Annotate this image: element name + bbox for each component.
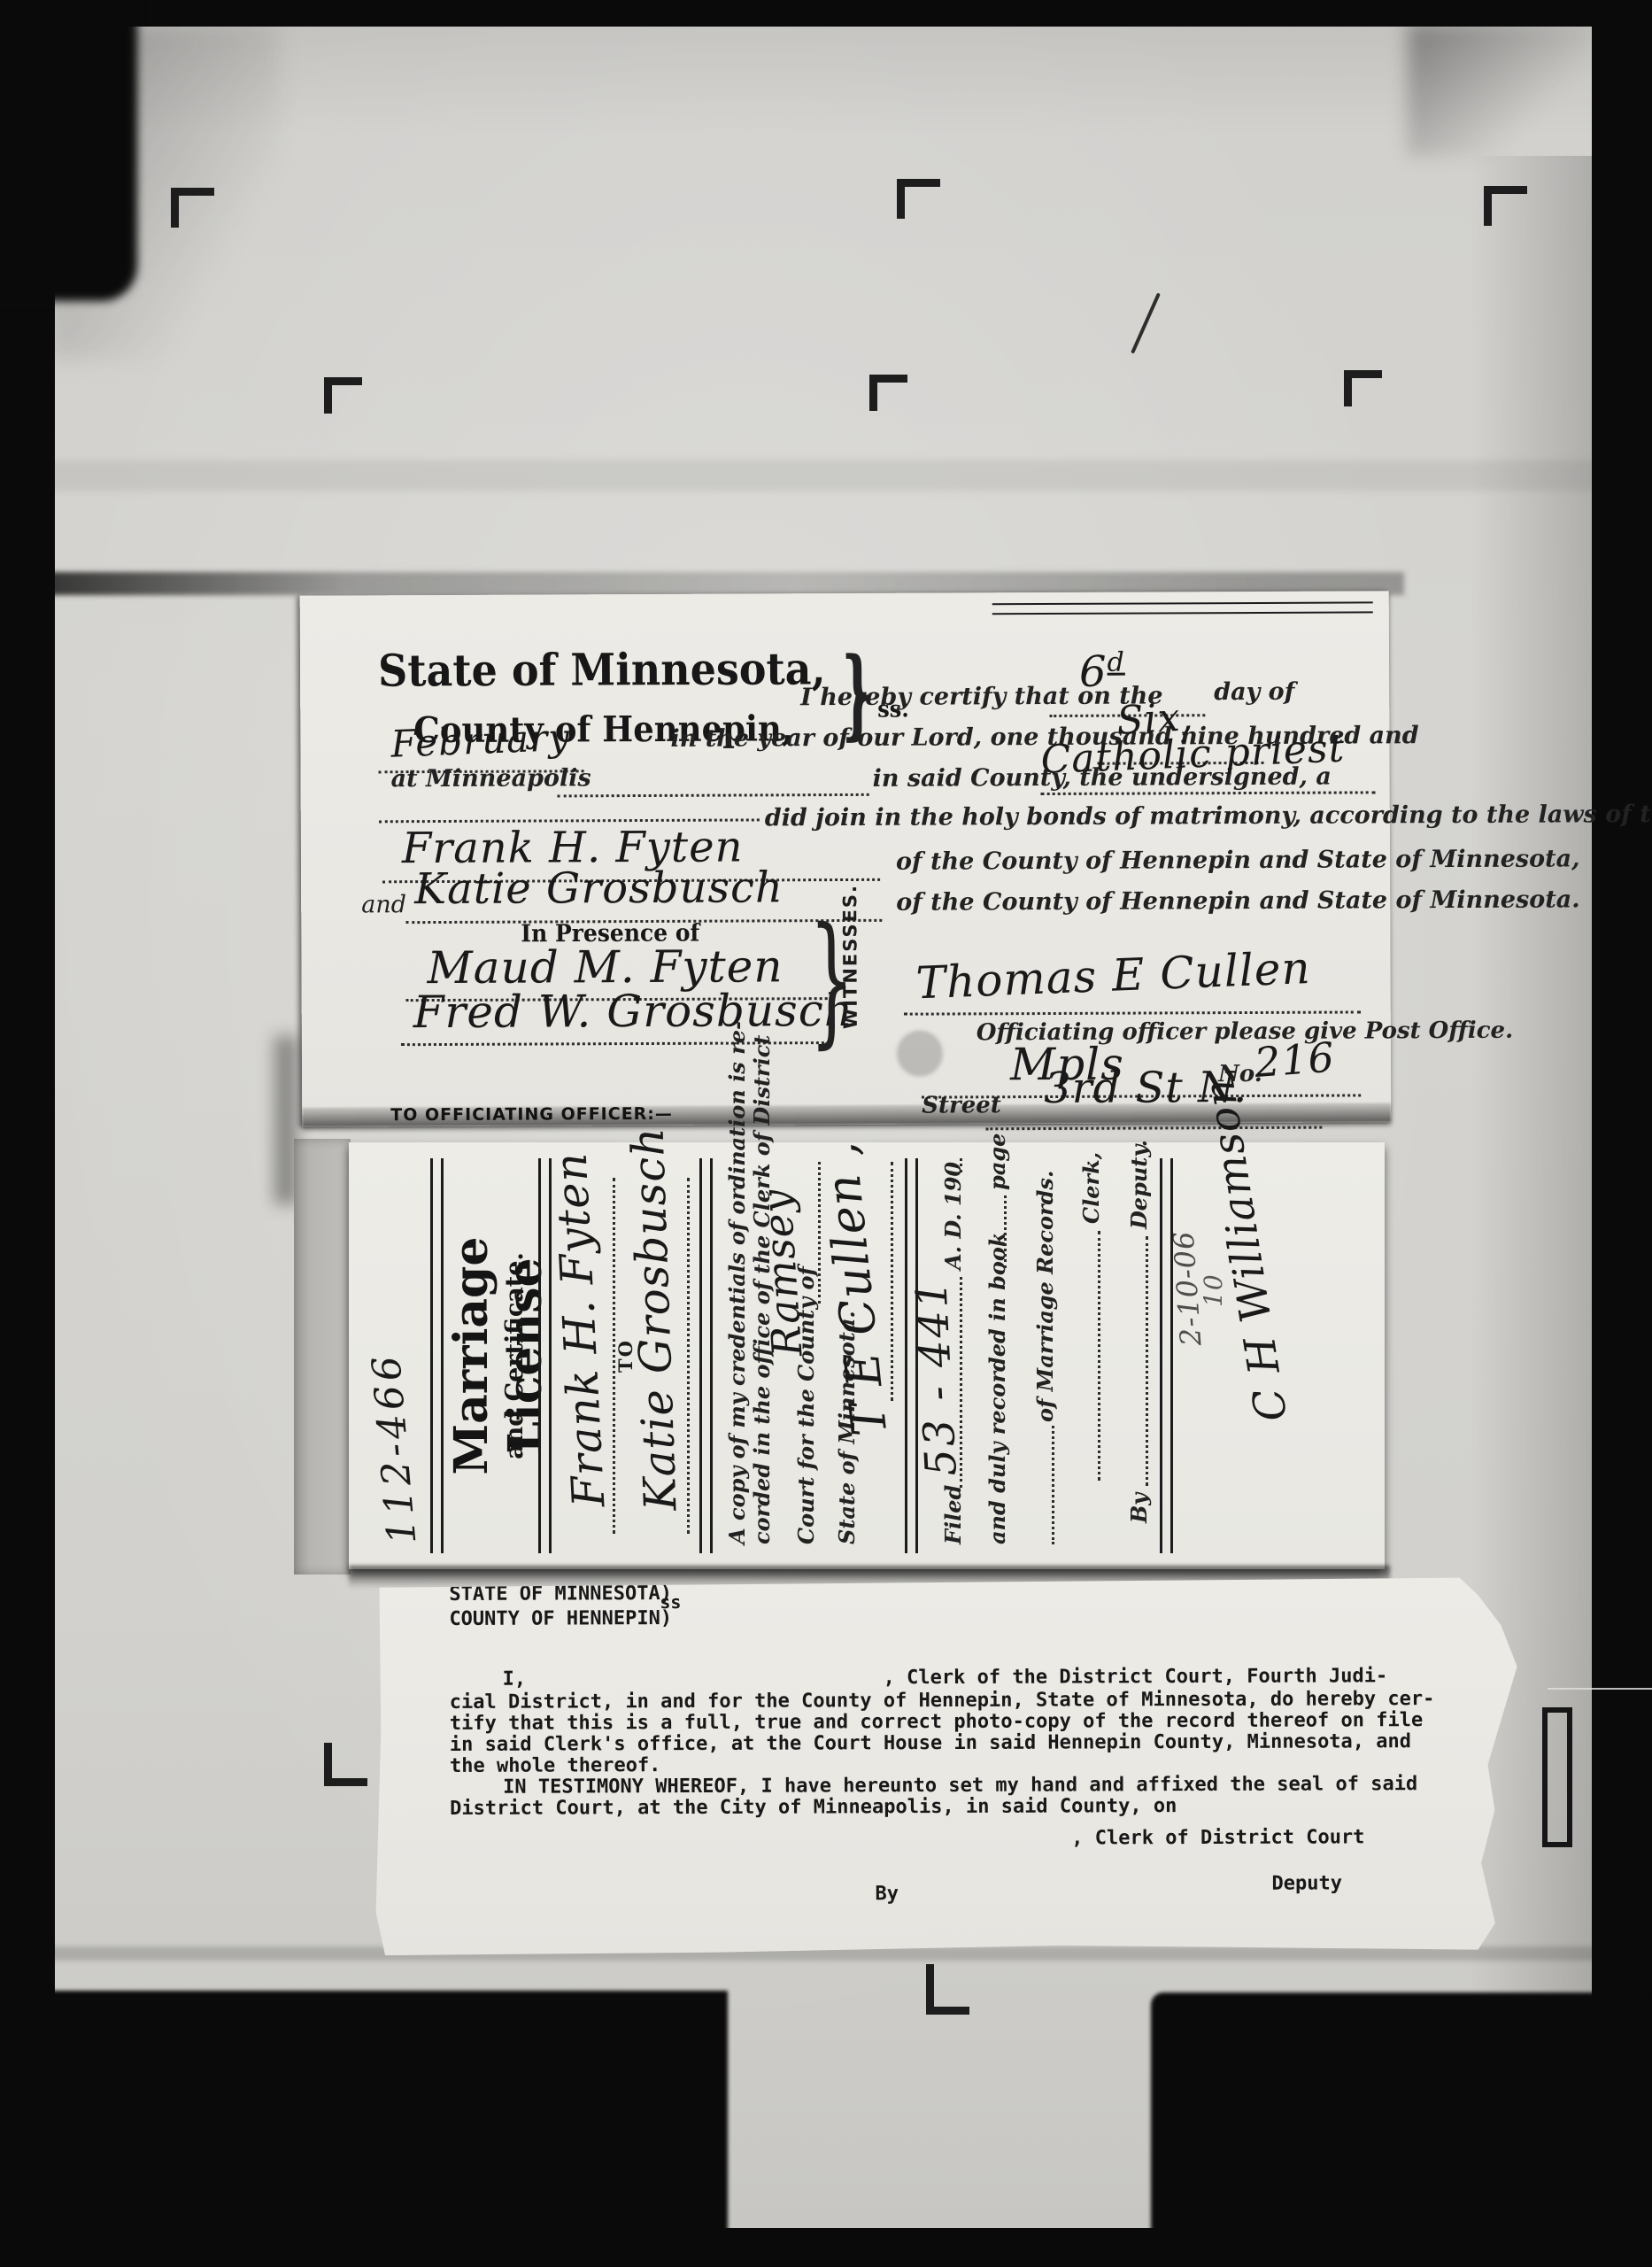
- bride-suffix: of the County of Hennepin and State of M…: [896, 886, 1580, 916]
- records-label: of Marriage Records.: [1032, 1171, 1058, 1422]
- dotted-rule: [1041, 791, 1376, 795]
- at-city-text: at Minneapolis: [391, 764, 591, 793]
- clerk-label: Clerk,: [1078, 1152, 1104, 1224]
- dotted-rule: [904, 1010, 1361, 1015]
- filed-value-handwriting: 53 - 441: [907, 1277, 967, 1477]
- day-value-handwriting: 6d: [1079, 647, 1125, 697]
- film-edge-right: [1592, 0, 1652, 2267]
- card-subtitle: and Certificate.: [501, 1142, 529, 1569]
- card-groom-handwriting: Frank H. Fyten: [545, 1151, 615, 1509]
- license-card: 112-466 Marriage License and Certificate…: [349, 1142, 1385, 1569]
- day-of-label: day of: [1214, 678, 1294, 706]
- dotted-rule: [960, 1277, 962, 1488]
- certificate-heading: State of Minnesota,: [378, 643, 826, 697]
- photocopy-sheet: STATE OF MINNESOTA) ss COUNTY OF HENNEPI…: [374, 1576, 1517, 1958]
- ink-stamp-smudge: [897, 1031, 943, 1077]
- no-value-handwriting: 216: [1253, 1033, 1337, 1087]
- crop-mark-icon: [1344, 370, 1382, 406]
- crop-mark-icon: [926, 1964, 969, 2015]
- card-by-label: By: [1126, 1493, 1152, 1523]
- double-rule: [1160, 1158, 1173, 1553]
- license-card-content: 112-466 Marriage License and Certificate…: [349, 1142, 1385, 1569]
- by-label: By: [875, 1883, 899, 1905]
- deputy-label: Deputy: [1271, 1872, 1342, 1894]
- certificate-paper: State of Minnesota, } ss. County of Henn…: [300, 591, 1392, 1126]
- dotted-rule: [1146, 1236, 1148, 1486]
- card-clerk-signature-handwriting: T E Cullen ,: [812, 1139, 899, 1438]
- body-line7: District Court, at the City of Minneapol…: [450, 1795, 1177, 1820]
- officiant-signature-handwriting: Thomas E Cullen: [915, 942, 1312, 1009]
- intro-i: I,: [503, 1668, 527, 1691]
- bride-handwriting: Katie Grosbusch: [414, 863, 784, 914]
- dotted-rule: [891, 1162, 893, 1401]
- page-label: page: [984, 1133, 1010, 1190]
- crop-mark-icon: [869, 375, 907, 411]
- film-blob-bottom-right: [1151, 1992, 1652, 2267]
- film-notch-outline: [1542, 1707, 1572, 1847]
- dotted-rule: [960, 1158, 962, 1172]
- officiating-officer-footer: TO OFFICIATING OFFICER:—: [390, 1104, 673, 1125]
- film-blob-top-left: [0, 0, 137, 301]
- crop-mark-icon: [171, 188, 214, 228]
- double-rule: [699, 1158, 713, 1553]
- card-title: Marriage License: [444, 1142, 552, 1569]
- body-line6: IN TESTIMONY WHEREOF, I have hereunto se…: [503, 1773, 1417, 1799]
- certificate-top-rule: [992, 601, 1373, 615]
- crop-mark-icon: [324, 1743, 367, 1786]
- dotted-rule: [687, 1178, 690, 1534]
- file-number-handwriting: 112-466: [364, 1350, 426, 1545]
- film-edge-top: [0, 0, 1652, 27]
- date-stamp-handwriting2: 10: [1199, 1273, 1228, 1307]
- dotted-rule: [558, 793, 869, 798]
- intro-right: , Clerk of the District Court, Fourth Ju…: [884, 1665, 1388, 1689]
- clerk-signature-label: , Clerk of District Court: [1071, 1826, 1364, 1849]
- microfilm-frame: State of Minnesota, } ss. County of Henn…: [0, 0, 1652, 2267]
- film-blob-bottom-left: [48, 1991, 728, 2267]
- month-handwriting: February: [390, 716, 571, 766]
- witness2-handwriting: Fred W. Grosbusch: [413, 985, 853, 1038]
- crop-mark-icon: [897, 179, 940, 219]
- and-label: and: [361, 891, 406, 918]
- crop-mark-icon: [324, 377, 362, 414]
- matrimony-text: did join in the holy bonds of matrimony,…: [765, 800, 1652, 832]
- double-rule: [430, 1158, 444, 1553]
- filed-label: Filed: [940, 1485, 966, 1544]
- film-scratch: [1548, 1688, 1652, 1690]
- card-deputy-label: Deputy.: [1126, 1140, 1152, 1229]
- witnesses-label-vertical: WITNESSES.: [839, 884, 861, 1029]
- ad-label: A. D. 190: [940, 1162, 966, 1270]
- recorded-label: and duly recorded in book: [984, 1233, 1010, 1545]
- county-of-hennepin-line: COUNTY OF HENNEPIN): [449, 1607, 672, 1630]
- body-line4: in said Clerk's office, at the Court Hou…: [450, 1730, 1411, 1756]
- body-line5: the whole thereof.: [450, 1754, 661, 1777]
- dotted-rule: [1052, 1426, 1054, 1544]
- paper-edge-strip: [294, 1139, 351, 1575]
- dotted-rule: [1004, 1195, 1007, 1268]
- dotted-rule: [1098, 1231, 1100, 1481]
- film-edge-bottom: [0, 2228, 1652, 2267]
- film-edge-left: [0, 0, 55, 2267]
- street-label: Street: [922, 1092, 1001, 1118]
- groom-suffix: of the County of Hennepin and State of M…: [896, 845, 1580, 875]
- credentials-line1: A copy of my credentials of ordination i…: [724, 1021, 750, 1544]
- crop-mark-icon: [1484, 186, 1527, 226]
